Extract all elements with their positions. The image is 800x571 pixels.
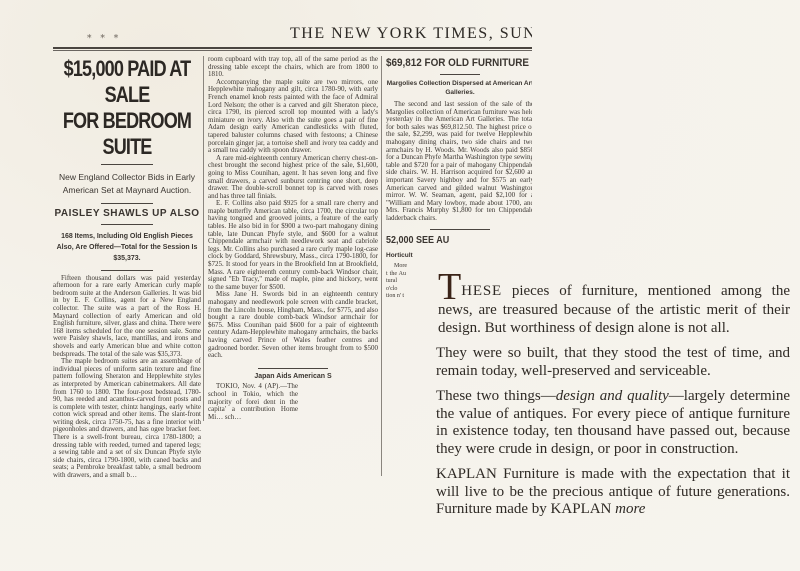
divider	[440, 74, 480, 75]
article-paragraph: E. F. Collins also paid $925 for a small…	[208, 200, 378, 291]
article-4-subhead: Horticult	[386, 252, 532, 260]
divider	[258, 368, 328, 369]
article-3-headline: $69,812 FOR OLD FURNITURE	[386, 56, 519, 70]
article-deck-2: PAISLEY SHAWLS UP ALSO	[53, 210, 201, 218]
column-2: room cupboard with tray top, all of the …	[203, 56, 378, 421]
article-deck: New England Collector Bids in Early Amer…	[53, 171, 201, 197]
article-deck-3: 168 Items, Including Old English Pieces …	[53, 231, 201, 264]
article-4-body: More t the Au tural o'clo tion n' t	[386, 263, 406, 301]
ad-emphasis: more	[615, 501, 645, 517]
ad-paragraph-2: They were so built, that they stood the …	[436, 345, 790, 380]
masthead-rule-thin	[53, 50, 532, 51]
article-3-body: The second and last session of the sale …	[386, 101, 532, 223]
article-2-body: TOKIO, Nov. 4 (AP).—The school in Tokio,…	[208, 383, 298, 421]
article-paragraph: A rare mid-eighteenth century American c…	[208, 155, 378, 201]
article-2-headline: Japan Aids American S	[208, 373, 378, 381]
ad-emphasis: design and quality	[556, 388, 669, 404]
divider	[430, 229, 490, 230]
article-headline-line2: FOR BEDROOM SUITE	[55, 108, 199, 160]
lead-caps: HESE	[461, 283, 502, 299]
article-paragraph: room cupboard with tray top, all of the …	[208, 56, 378, 79]
article-3-deck: Margolies Collection Dispersed at Americ…	[386, 79, 532, 97]
article-paragraph: Accompanying the maple suite are two mir…	[208, 79, 378, 155]
ad-paragraph-3: These two things—design and quality—larg…	[436, 388, 790, 458]
masthead-rule	[53, 47, 532, 49]
divider	[101, 270, 153, 271]
ad-paragraph-4: KAPLAN Furniture is made with the expect…	[436, 466, 790, 519]
article-4-headline: 52,000 SEE AU	[386, 234, 519, 248]
article-headline-line1: $15,000 PAID AT SALE	[55, 56, 199, 108]
article-paragraph: Fifteen thousand dollars was paid yester…	[53, 275, 201, 359]
divider	[101, 164, 153, 165]
ornament-stars: * * *	[87, 34, 121, 44]
column-1: $15,000 PAID AT SALE FOR BEDROOM SUITE N…	[53, 56, 201, 480]
newspaper-masthead: THE NEW YORK TIMES, SUNI	[290, 25, 532, 43]
divider	[101, 203, 153, 204]
ad-text: KAPLAN Furniture is made with the expect…	[436, 466, 790, 517]
divider	[101, 224, 153, 225]
article-paragraph: The maple bedroom suites are an assembla…	[53, 358, 201, 480]
ad-text: These two things—	[436, 388, 556, 404]
article-paragraph: Miss Jane H. Swords bid in an eighteenth…	[208, 291, 378, 359]
ad-paragraph-1: THESE pieces of furniture, mentioned amo…	[436, 272, 790, 337]
kaplan-advertisement: THESE pieces of furniture, mentioned amo…	[436, 272, 790, 527]
